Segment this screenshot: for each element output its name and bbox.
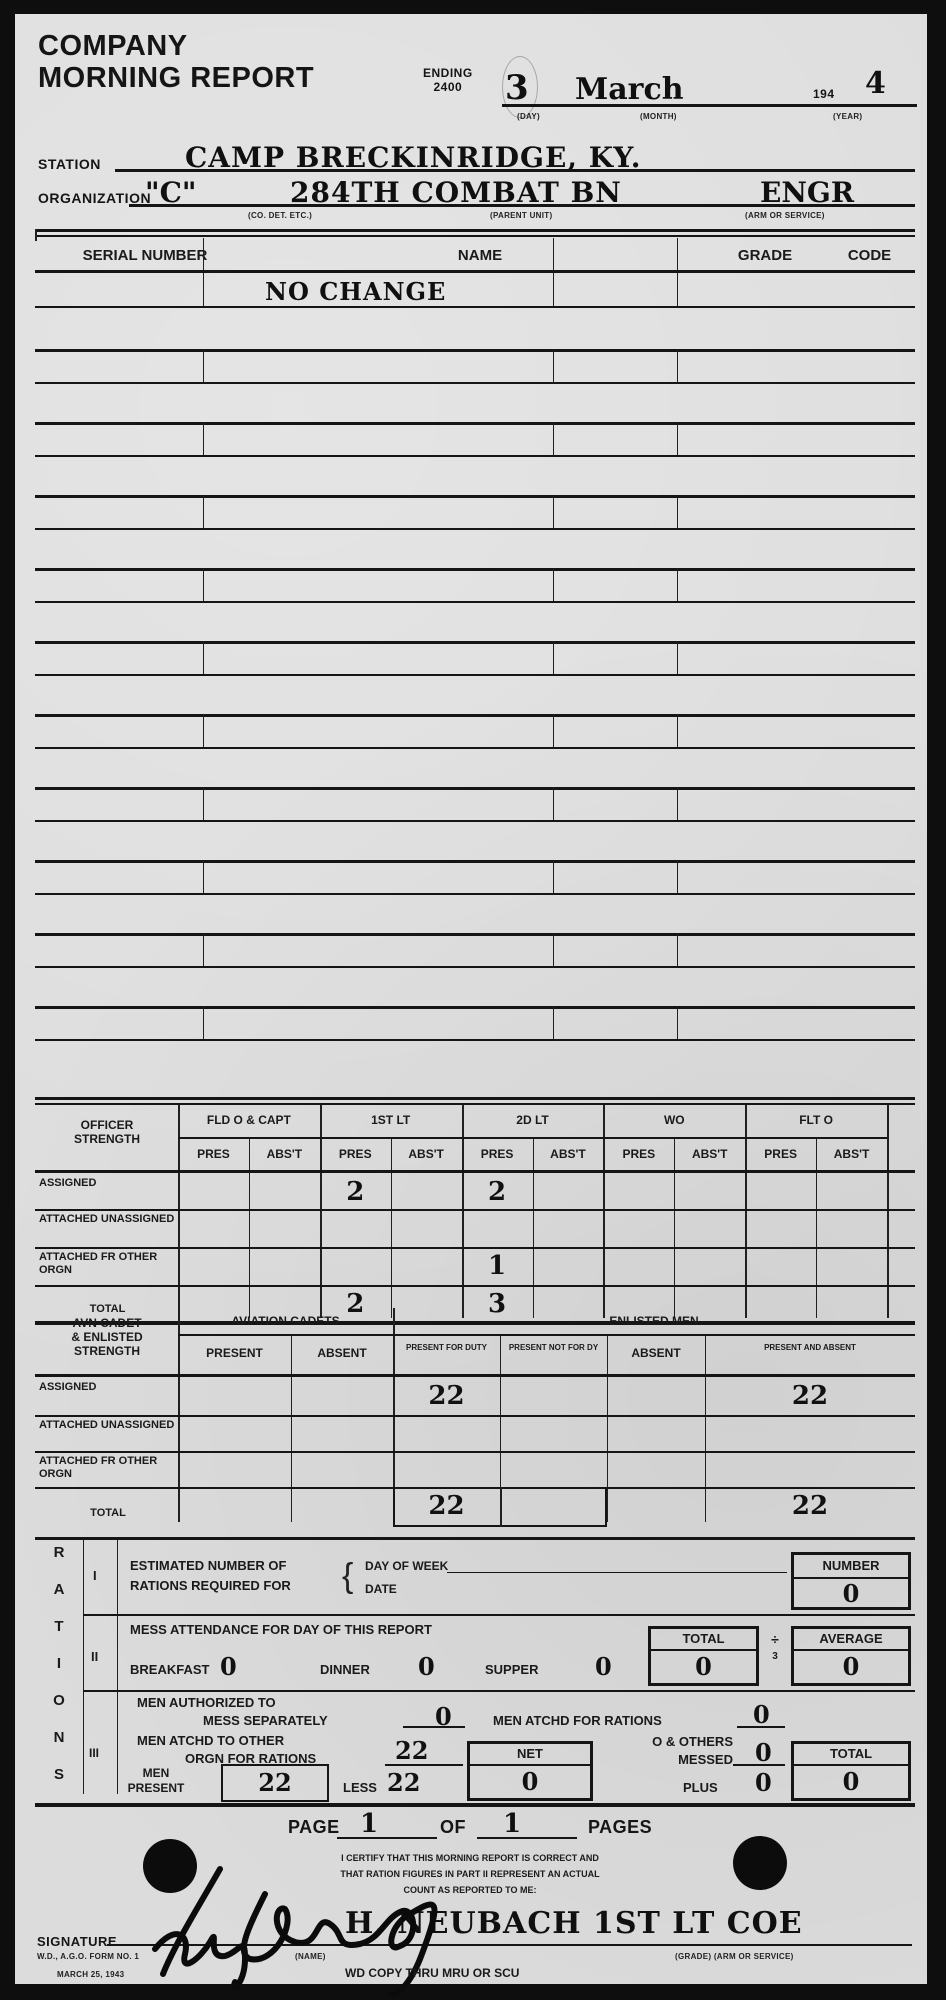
of-value[interactable]: 1 [503, 1809, 521, 1839]
officer-row-label: ATTACHED UNASSIGNED [39, 1213, 176, 1226]
atchd-for-rations-label: MEN ATCHD FOR RATIONS [493, 1713, 662, 1728]
others-messed-value[interactable]: 0 [755, 1738, 772, 1767]
row-bottom-line [35, 528, 915, 530]
rations-side-letter: O [39, 1692, 79, 1709]
enlisted-subcol-header: PRESENT [178, 1346, 291, 1360]
caption-co: (CO. DET. ETC.) [248, 211, 312, 220]
men-present-label-1: MEN [121, 1766, 191, 1781]
enlisted-subcol-header: ABSENT [291, 1346, 393, 1360]
section-iii-numeral: III [89, 1746, 99, 1760]
officer-top-line-2 [35, 1103, 915, 1105]
day-of-week-field[interactable] [447, 1572, 787, 1573]
officer-subcol-header: ABS'T [816, 1147, 887, 1161]
officer-subcol-header: PRES [462, 1147, 533, 1161]
row-col-divider [677, 1006, 678, 1039]
officer-cell[interactable]: 2 [320, 1177, 391, 1207]
row-col-divider [553, 495, 554, 528]
dinner-value[interactable]: 0 [418, 1652, 435, 1681]
officer-subcol-header: PRES [603, 1147, 674, 1161]
enlisted-title-3: STRENGTH [37, 1344, 177, 1358]
officer-cell[interactable]: 2 [462, 1177, 533, 1207]
row-col-divider [203, 641, 204, 674]
enlisted-subcol-header: ABSENT [607, 1346, 705, 1360]
row-bottom-line [35, 893, 915, 895]
average-header: AVERAGE [794, 1629, 908, 1651]
station-label: STATION [38, 156, 101, 172]
punch-hole-right [733, 1836, 787, 1890]
table-edge [35, 229, 37, 241]
row-col-divider [553, 787, 554, 820]
row-top-line [35, 641, 915, 644]
number-header: NUMBER [794, 1555, 908, 1579]
officer-col-divider [391, 1137, 392, 1318]
station-underline [115, 169, 915, 172]
number-value[interactable]: 0 [794, 1579, 908, 1609]
officer-subcol-header: PRES [178, 1147, 249, 1161]
dinner-label: DINNER [320, 1662, 370, 1677]
grade-caption: (GRADE) (ARM OR SERVICE) [675, 1952, 794, 1961]
section-i-label-1: ESTIMATED NUMBER OF [130, 1556, 291, 1576]
enlisted-col-divider [291, 1334, 292, 1522]
less-value[interactable]: 22 [387, 1768, 420, 1797]
net-box: NET 0 [467, 1741, 593, 1801]
row-col-divider [553, 641, 554, 674]
title-line-1: COMPANY [38, 30, 314, 62]
pages-label: PAGES [588, 1817, 652, 1838]
officer-title-1: OFFICER [37, 1118, 177, 1132]
row-top-line [35, 1006, 915, 1009]
atchd-to-other-underline [385, 1764, 463, 1766]
net-value[interactable]: 0 [470, 1766, 590, 1798]
year-caption: (YEAR) [833, 112, 862, 121]
row-col-divider [553, 933, 554, 966]
officer-row-label: ATTACHED FR OTHER ORGN [39, 1251, 176, 1277]
officer-row-line [35, 1247, 915, 1249]
atchd-to-other-value[interactable]: 22 [395, 1736, 428, 1765]
month-caption: (MONTH) [640, 112, 677, 121]
row-col-divider [677, 933, 678, 966]
rations-total-header: TOTAL [794, 1744, 908, 1766]
officer-subcol-header: ABS'T [249, 1147, 320, 1161]
section-ii-numeral: II [91, 1649, 98, 1664]
authorized-label-1: MEN AUTHORIZED TO [137, 1695, 276, 1710]
men-present-box: 22 [221, 1764, 329, 1802]
row-col-divider [203, 1006, 204, 1039]
enlisted-header-bottom [35, 1374, 915, 1377]
row-col-divider [553, 349, 554, 382]
row-top-line [35, 422, 915, 425]
row-col-divider [677, 860, 678, 893]
row-col-divider [677, 787, 678, 820]
divide-by-three: ÷ 3 [765, 1630, 785, 1666]
others-label-1: O & OTHERS [633, 1733, 733, 1751]
officer-col-divider [249, 1137, 250, 1318]
of-label: OF [440, 1817, 466, 1838]
enlisted-group-line [178, 1334, 915, 1336]
officer-subcol-header: ABS'T [674, 1147, 745, 1161]
day-caption: (DAY) [517, 112, 540, 121]
enlisted-men-header: ENLISTED MEN [393, 1314, 915, 1328]
row-col-divider [677, 641, 678, 674]
supper-value[interactable]: 0 [595, 1652, 612, 1681]
row-col-divider [553, 714, 554, 747]
rations-side-letter: I [39, 1655, 79, 1672]
atchd-for-rations-value[interactable]: 0 [753, 1700, 770, 1729]
officer-col-divider [674, 1137, 675, 1318]
month-value[interactable]: March [575, 72, 684, 107]
section-i-label-2: RATIONS REQUIRED FOR [130, 1576, 291, 1596]
year-underline [845, 104, 917, 107]
mess-total-box: TOTAL 0 [648, 1626, 759, 1686]
row-col-divider [553, 1006, 554, 1039]
table-top-line-2 [35, 235, 915, 237]
row-bottom-line [35, 306, 915, 308]
enlisted-row-line [35, 1415, 915, 1417]
header-col-divider [677, 238, 678, 270]
header-col-divider [553, 238, 554, 270]
enlisted-total-box-divider [500, 1487, 502, 1527]
rations-top-line [35, 1537, 915, 1540]
row-col-divider [677, 714, 678, 747]
enlisted-subcol-header: PRESENT NOT FOR DY [500, 1342, 607, 1353]
row-col-divider [677, 568, 678, 601]
header-col-divider [203, 238, 204, 270]
page-label: PAGE [288, 1817, 340, 1838]
rations-bottom-line [35, 1803, 915, 1807]
officer-col-divider [816, 1137, 817, 1318]
row-top-line [35, 933, 915, 936]
rations-side-letter: S [39, 1766, 79, 1783]
rations-total-box: TOTAL 0 [791, 1741, 911, 1801]
row-top-line [35, 787, 915, 790]
officer-row-label: ASSIGNED [39, 1177, 176, 1190]
caption-parent-unit: (PARENT UNIT) [490, 211, 552, 220]
authorized-label-2: MESS SEPARATELY [203, 1713, 328, 1728]
divisor: 3 [765, 1648, 785, 1666]
row-col-divider [553, 273, 554, 306]
row-top-line [35, 714, 915, 717]
enlisted-subcol-header: PRESENT AND ABSENT [705, 1342, 915, 1353]
breakfast-label: BREAKFAST [130, 1662, 209, 1677]
officer-cell[interactable]: 1 [462, 1251, 533, 1281]
rations-total-value[interactable]: 0 [794, 1766, 908, 1798]
table-top-line [35, 229, 915, 232]
row-col-divider [553, 422, 554, 455]
rations-side-letter: R [39, 1544, 79, 1561]
plus-label: PLUS [683, 1780, 718, 1795]
mess-total-header: TOTAL [651, 1629, 756, 1651]
date-underline [502, 104, 882, 107]
supper-label: SUPPER [485, 1662, 538, 1677]
officer-col-divider [533, 1137, 534, 1318]
row-col-divider [203, 422, 204, 455]
enlisted-row-label: ASSIGNED [39, 1381, 177, 1394]
header-bottom-line [35, 270, 915, 273]
officer-title-2: STRENGTH [37, 1132, 177, 1146]
enlisted-subcol-header: PRESENT FOR DUTY [393, 1342, 500, 1353]
enlisted-row-label: ATTACHED FR OTHER ORGN [39, 1455, 177, 1481]
average-value[interactable]: 0 [794, 1651, 908, 1683]
page-underline [337, 1837, 437, 1839]
day-of-week-label: DAY OF WEEK [365, 1559, 448, 1573]
rations-side-letter: A [39, 1581, 79, 1598]
enlisted-cell[interactable]: 22 [705, 1381, 915, 1411]
section-i-bottom [83, 1614, 915, 1616]
ending-time: 2400 [423, 80, 473, 94]
officer-group-header: WO [603, 1113, 745, 1127]
row-1-name[interactable]: NO CHANGE [265, 277, 446, 306]
row-col-divider [677, 422, 678, 455]
signature-label: SIGNATURE [37, 1934, 117, 1949]
officer-subcol-header: ABS'T [533, 1147, 604, 1161]
enlisted-row-label: ATTACHED UNASSIGNED [39, 1419, 177, 1432]
row-bottom-line [35, 966, 915, 968]
mess-total-value[interactable]: 0 [651, 1651, 756, 1683]
year-value[interactable]: 4 [865, 66, 886, 101]
organization-underline [129, 204, 915, 207]
officer-subcol-header: PRES [320, 1147, 391, 1161]
others-messed-label: O & OTHERS MESSED [633, 1733, 733, 1769]
authorized-underline [403, 1726, 465, 1728]
aviation-cadets-header: AVIATION CADETS [178, 1314, 393, 1328]
others-underline [733, 1764, 785, 1766]
officer-group-header: FLT O [745, 1113, 887, 1127]
row-col-divider [203, 860, 204, 893]
men-present-value[interactable]: 22 [223, 1766, 327, 1800]
row-bottom-line [35, 1039, 915, 1041]
page-value[interactable]: 1 [360, 1809, 378, 1839]
men-present-label: MEN PRESENT [121, 1766, 191, 1796]
year-prefix: 194 [813, 87, 835, 101]
row-col-divider [203, 933, 204, 966]
number-box: NUMBER 0 [791, 1552, 911, 1610]
divide-icon: ÷ [765, 1630, 785, 1648]
row-top-line [35, 568, 915, 571]
enlisted-title-1: AVN CADET [37, 1316, 177, 1330]
row-col-divider [203, 495, 204, 528]
officer-header-bottom [35, 1170, 915, 1173]
enlisted-col-divider [607, 1334, 608, 1522]
row-bottom-line [35, 747, 915, 749]
atchd-for-rations-underline [737, 1726, 785, 1728]
row-col-divider [553, 568, 554, 601]
morning-report-form: COMPANY MORNING REPORT ENDING 2400 3 Mar… [15, 14, 927, 1984]
row-col-divider [203, 349, 204, 382]
row-col-divider [203, 714, 204, 747]
officer-group-header: 1ST LT [320, 1113, 462, 1127]
officer-group-line [178, 1137, 887, 1139]
section-i-numeral: I [93, 1568, 97, 1583]
officer-top-line [35, 1097, 915, 1100]
section-i-label: ESTIMATED NUMBER OF RATIONS REQUIRED FOR [130, 1556, 291, 1596]
col-code: CODE [827, 247, 912, 264]
row-col-divider [203, 273, 204, 306]
mess-attendance-label: MESS ATTENDANCE FOR DAY OF THIS REPORT [130, 1622, 432, 1637]
plus-value[interactable]: 0 [755, 1768, 772, 1797]
officer-subcol-header: ABS'T [391, 1147, 462, 1161]
officer-row-line [35, 1285, 915, 1287]
brace-icon: { [342, 1554, 353, 1598]
row-bottom-line [35, 820, 915, 822]
date-label: DATE [365, 1582, 397, 1596]
average-box: AVERAGE 0 [791, 1626, 911, 1686]
row-col-divider [553, 860, 554, 893]
row-top-line [35, 495, 915, 498]
caption-arm: (ARM OR SERVICE) [745, 211, 825, 220]
enlisted-row-line [35, 1451, 915, 1453]
enlisted-title-2: & ENLISTED [37, 1330, 177, 1344]
enlisted-row-label: TOTAL [39, 1507, 177, 1520]
copy-note: WD COPY THRU MRU OR SCU [345, 1966, 519, 1980]
net-header: NET [470, 1744, 590, 1766]
rations-side-letter: N [39, 1729, 79, 1746]
row-col-divider [677, 349, 678, 382]
rations-side-letter: T [39, 1618, 79, 1635]
row-top-line [35, 860, 915, 863]
row-col-divider [677, 273, 678, 306]
less-label: LESS [343, 1780, 377, 1795]
col-grade: GRADE [705, 247, 825, 264]
of-underline [477, 1837, 577, 1839]
form-number: W.D., A.G.O. FORM NO. 1 [37, 1952, 139, 1961]
title-line-2: MORNING REPORT [38, 62, 314, 94]
officer-row-label: TOTAL [39, 1303, 176, 1316]
rations-divider-2 [117, 1540, 118, 1794]
row-bottom-line [35, 382, 915, 384]
section-ii-bottom [83, 1690, 915, 1692]
officer-group-header: FLD O & CAPT [178, 1113, 320, 1127]
form-date: MARCH 25, 1943 [57, 1970, 124, 1979]
enlisted-strength-title: AVN CADET & ENLISTED STRENGTH [37, 1316, 177, 1358]
officer-subcol-header: PRES [745, 1147, 816, 1161]
row-col-divider [203, 568, 204, 601]
ending-label: ENDING 2400 [423, 66, 473, 94]
officer-strength-title: OFFICER STRENGTH [37, 1118, 177, 1146]
ending-text: ENDING [423, 66, 473, 80]
row-col-divider [203, 787, 204, 820]
row-bottom-line [35, 455, 915, 457]
col-serial-number: SERIAL NUMBER [45, 247, 245, 264]
breakfast-value[interactable]: 0 [220, 1652, 237, 1681]
col-name: NAME [255, 247, 705, 264]
day-value[interactable]: 3 [505, 68, 529, 108]
form-title: COMPANY MORNING REPORT [38, 30, 314, 94]
others-label-2: MESSED [633, 1751, 733, 1769]
officer-row-line [35, 1209, 915, 1211]
rations-divider-1 [83, 1540, 84, 1794]
row-top-line [35, 349, 915, 352]
name-caption: (NAME) [295, 1952, 326, 1961]
atchd-to-other-label-1: MEN ATCHD TO OTHER [137, 1733, 284, 1748]
row-col-divider [677, 495, 678, 528]
enlisted-cell[interactable]: 22 [705, 1491, 915, 1521]
enlisted-cell[interactable]: 22 [393, 1381, 500, 1411]
row-bottom-line [35, 674, 915, 676]
officer-group-header: 2D LT [462, 1113, 604, 1127]
row-bottom-line [35, 601, 915, 603]
men-present-label-2: PRESENT [121, 1781, 191, 1796]
